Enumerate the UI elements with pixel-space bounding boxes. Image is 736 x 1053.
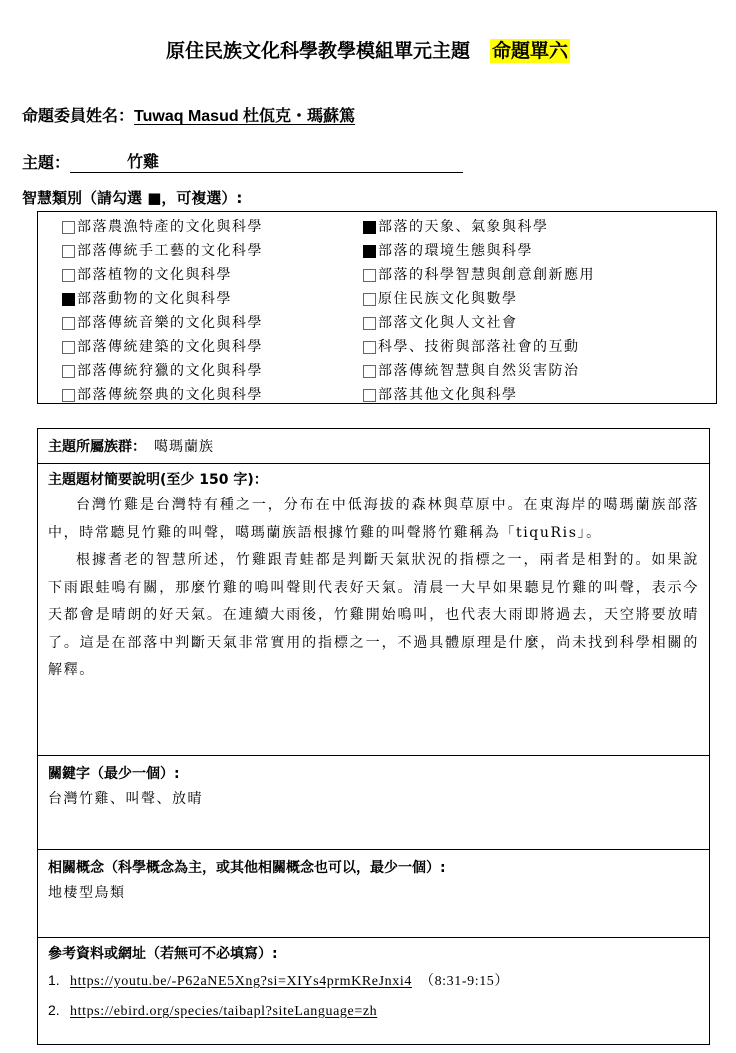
reference-link[interactable]: https://ebird.org/species/taibapl?siteLa… bbox=[70, 1004, 377, 1019]
checkbox[interactable] bbox=[62, 293, 75, 306]
checkbox[interactable] bbox=[62, 389, 75, 402]
category-column-left: 部落農漁特產的文化與科學 部落傳統手工藝的文化科學 部落植物的文化與科學 部落動… bbox=[62, 215, 263, 407]
category-label: 科學、技術與部落社會的互動 bbox=[378, 335, 580, 359]
description-paragraph[interactable]: 根據耆老的智慧所述，竹雞跟青蛙都是判斷天氣狀況的指標之一，兩者是相對的。如果說下… bbox=[48, 547, 699, 685]
checkbox[interactable] bbox=[62, 341, 75, 354]
ethnic-group-row: 主題所屬族群：噶瑪蘭族 bbox=[38, 429, 709, 464]
wisdom-category-box: 部落農漁特產的文化與科學 部落傳統手工藝的文化科學 部落植物的文化與科學 部落動… bbox=[37, 211, 717, 404]
checkbox[interactable] bbox=[62, 245, 75, 258]
checkbox[interactable] bbox=[363, 269, 376, 282]
title-text: 原住民族文化科學教學模組單元主題 bbox=[166, 40, 470, 62]
description-row: 主題題材簡要說明(至少 150 字)： 台灣竹雞是台灣特有種之一，分布在中低海拔… bbox=[38, 464, 709, 756]
concepts-label: 相關概念（科學概念為主，或其他相關概念也可以，最少一個）: bbox=[48, 856, 699, 880]
checkbox[interactable] bbox=[363, 221, 376, 234]
category-label: 部落的天象、氣象與科學 bbox=[378, 215, 549, 239]
keywords-value[interactable]: 台灣竹雞、叫聲、放晴 bbox=[48, 786, 699, 812]
keywords-row: 關鍵字（最少一個）: 台灣竹雞、叫聲、放晴 bbox=[38, 756, 709, 850]
wisdom-category-label: 智慧類別（請勾選 ■，可複選）: bbox=[22, 187, 242, 209]
category-item[interactable]: 部落動物的文化與科學 bbox=[62, 287, 263, 311]
description-label: 主題題材簡要說明(至少 150 字)： bbox=[48, 468, 699, 492]
category-label: 原住民族文化與數學 bbox=[378, 287, 518, 311]
checkbox[interactable] bbox=[363, 317, 376, 330]
reference-number: 1. bbox=[48, 966, 70, 994]
category-label: 部落傳統手工藝的文化科學 bbox=[77, 239, 263, 263]
reference-list: 1.https://youtu.be/-P62aNE5Xng?si=XIYs4p… bbox=[48, 966, 699, 1026]
checkbox[interactable] bbox=[363, 365, 376, 378]
topic-field[interactable]: 竹雞 bbox=[70, 151, 463, 173]
author-label: 命題委員姓名： bbox=[22, 106, 134, 125]
category-item[interactable]: 部落植物的文化與科學 bbox=[62, 263, 263, 287]
category-label: 部落傳統狩獵的文化與科學 bbox=[77, 359, 263, 383]
author-row: 命題委員姓名：Tuwaq Masud 杜佤克・瑪蘇篤 bbox=[22, 104, 355, 128]
category-item[interactable]: 部落傳統狩獵的文化與科學 bbox=[62, 359, 263, 383]
reference-note: （8:31-9:15） bbox=[420, 974, 509, 989]
topic-label: 主題： bbox=[22, 153, 70, 172]
reference-link[interactable]: https://youtu.be/-P62aNE5Xng?si=XIYs4prm… bbox=[70, 974, 412, 989]
checkbox[interactable] bbox=[62, 317, 75, 330]
reference-number: 2. bbox=[48, 996, 70, 1024]
checkbox[interactable] bbox=[363, 389, 376, 402]
topic-detail-table: 主題所屬族群：噶瑪蘭族 主題題材簡要說明(至少 150 字)： 台灣竹雞是台灣特… bbox=[37, 428, 710, 1045]
reference-item: 1.https://youtu.be/-P62aNE5Xng?si=XIYs4p… bbox=[48, 966, 699, 996]
checkbox[interactable] bbox=[62, 221, 75, 234]
document-title: 原住民族文化科學教學模組單元主題命題單六 bbox=[0, 38, 736, 64]
category-label: 部落傳統祭典的文化與科學 bbox=[77, 383, 263, 407]
category-label: 部落植物的文化與科學 bbox=[77, 263, 232, 287]
category-item[interactable]: 部落的天象、氣象與科學 bbox=[363, 215, 595, 239]
author-name: Tuwaq Masud 杜佤克・瑪蘇篤 bbox=[134, 108, 355, 125]
category-item[interactable]: 部落的環境生態與科學 bbox=[363, 239, 595, 263]
category-column-right: 部落的天象、氣象與科學 部落的環境生態與科學 部落的科學智慧與創意創新應用 原住… bbox=[363, 215, 595, 407]
concepts-row: 相關概念（科學概念為主，或其他相關概念也可以，最少一個）: 地棲型鳥類 bbox=[38, 850, 709, 938]
checkbox[interactable] bbox=[363, 293, 376, 306]
category-item[interactable]: 部落傳統智慧與自然災害防治 bbox=[363, 359, 595, 383]
category-label: 部落文化與人文社會 bbox=[378, 311, 518, 335]
category-label: 部落動物的文化與科學 bbox=[77, 287, 232, 311]
checkbox[interactable] bbox=[363, 341, 376, 354]
topic-row: 主題：竹雞 bbox=[22, 151, 463, 175]
category-label: 部落傳統建築的文化與科學 bbox=[77, 335, 263, 359]
concepts-value[interactable]: 地棲型鳥類 bbox=[48, 880, 699, 906]
category-label: 部落傳統智慧與自然災害防治 bbox=[378, 359, 580, 383]
references-row: 參考資料或網址（若無可不必填寫）: 1.https://youtu.be/-P6… bbox=[38, 938, 709, 1044]
category-label: 部落其他文化與科學 bbox=[378, 383, 518, 407]
category-item[interactable]: 部落文化與人文社會 bbox=[363, 311, 595, 335]
category-item[interactable]: 部落農漁特產的文化與科學 bbox=[62, 215, 263, 239]
category-label: 部落的科學智慧與創意創新應用 bbox=[378, 263, 595, 287]
category-item[interactable]: 部落其他文化與科學 bbox=[363, 383, 595, 407]
references-label: 參考資料或網址（若無可不必填寫）: bbox=[48, 942, 699, 966]
category-label: 部落的環境生態與科學 bbox=[378, 239, 533, 263]
category-item[interactable]: 部落傳統手工藝的文化科學 bbox=[62, 239, 263, 263]
category-item[interactable]: 原住民族文化與數學 bbox=[363, 287, 595, 311]
category-label: 部落農漁特產的文化與科學 bbox=[77, 215, 263, 239]
category-item[interactable]: 部落傳統祭典的文化與科學 bbox=[62, 383, 263, 407]
checkbox[interactable] bbox=[62, 365, 75, 378]
category-item[interactable]: 部落的科學智慧與創意創新應用 bbox=[363, 263, 595, 287]
sheet-label-highlight: 命題單六 bbox=[490, 39, 570, 63]
reference-item: 2.https://ebird.org/species/taibapl?site… bbox=[48, 996, 699, 1026]
checkbox[interactable] bbox=[62, 269, 75, 282]
category-item[interactable]: 部落傳統音樂的文化與科學 bbox=[62, 311, 263, 335]
category-item[interactable]: 科學、技術與部落社會的互動 bbox=[363, 335, 595, 359]
category-item[interactable]: 部落傳統建築的文化與科學 bbox=[62, 335, 263, 359]
ethnic-group-value[interactable]: 噶瑪蘭族 bbox=[154, 439, 214, 455]
description-paragraph[interactable]: 台灣竹雞是台灣特有種之一，分布在中低海拔的森林與草原中。在東海岸的噶瑪蘭族部落中… bbox=[48, 492, 699, 547]
category-label: 部落傳統音樂的文化與科學 bbox=[77, 311, 263, 335]
ethnic-group-label: 主題所屬族群： bbox=[48, 439, 146, 455]
checkbox[interactable] bbox=[363, 245, 376, 258]
keywords-label: 關鍵字（最少一個）: bbox=[48, 762, 699, 786]
